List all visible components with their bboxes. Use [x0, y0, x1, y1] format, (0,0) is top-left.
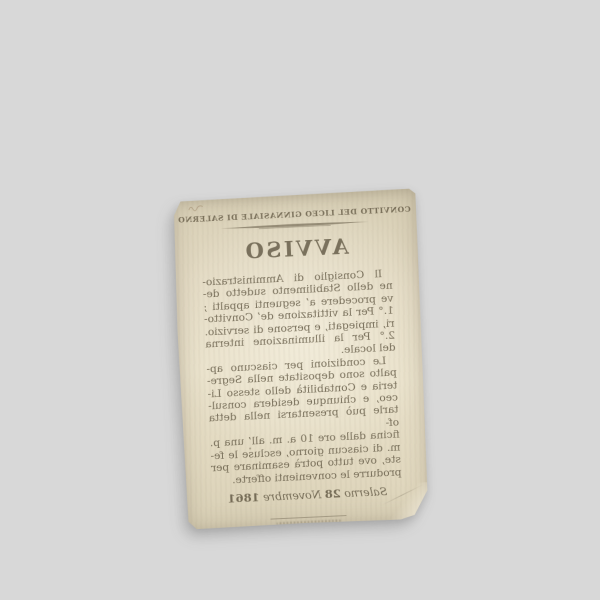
photo-background: CONVITTO DEL LICEO GINNASIALE DI SALERNO… [0, 0, 600, 600]
date-city: Salerno [344, 485, 388, 500]
paper-sheet: CONVITTO DEL LICEO GINNASIALE DI SALERNO… [171, 188, 430, 529]
body-text: Il Consiglio di Amministrazio-ne dello S… [202, 268, 402, 488]
date-month: Novembre [263, 488, 322, 504]
paper-stain [249, 447, 251, 449]
notice-title: AVVISO [173, 230, 418, 266]
date-day: 28 [324, 486, 341, 501]
date-year: 1861 [227, 490, 260, 505]
fold-corner [387, 482, 431, 520]
printed-notice: CONVITTO DEL LICEO GINNASIALE DI SALERNO… [171, 188, 430, 530]
paper-sheet-holder: CONVITTO DEL LICEO GINNASIALE DI SALERNO… [171, 188, 430, 529]
printer-imprint [277, 519, 341, 526]
pencil-mark [188, 203, 204, 213]
